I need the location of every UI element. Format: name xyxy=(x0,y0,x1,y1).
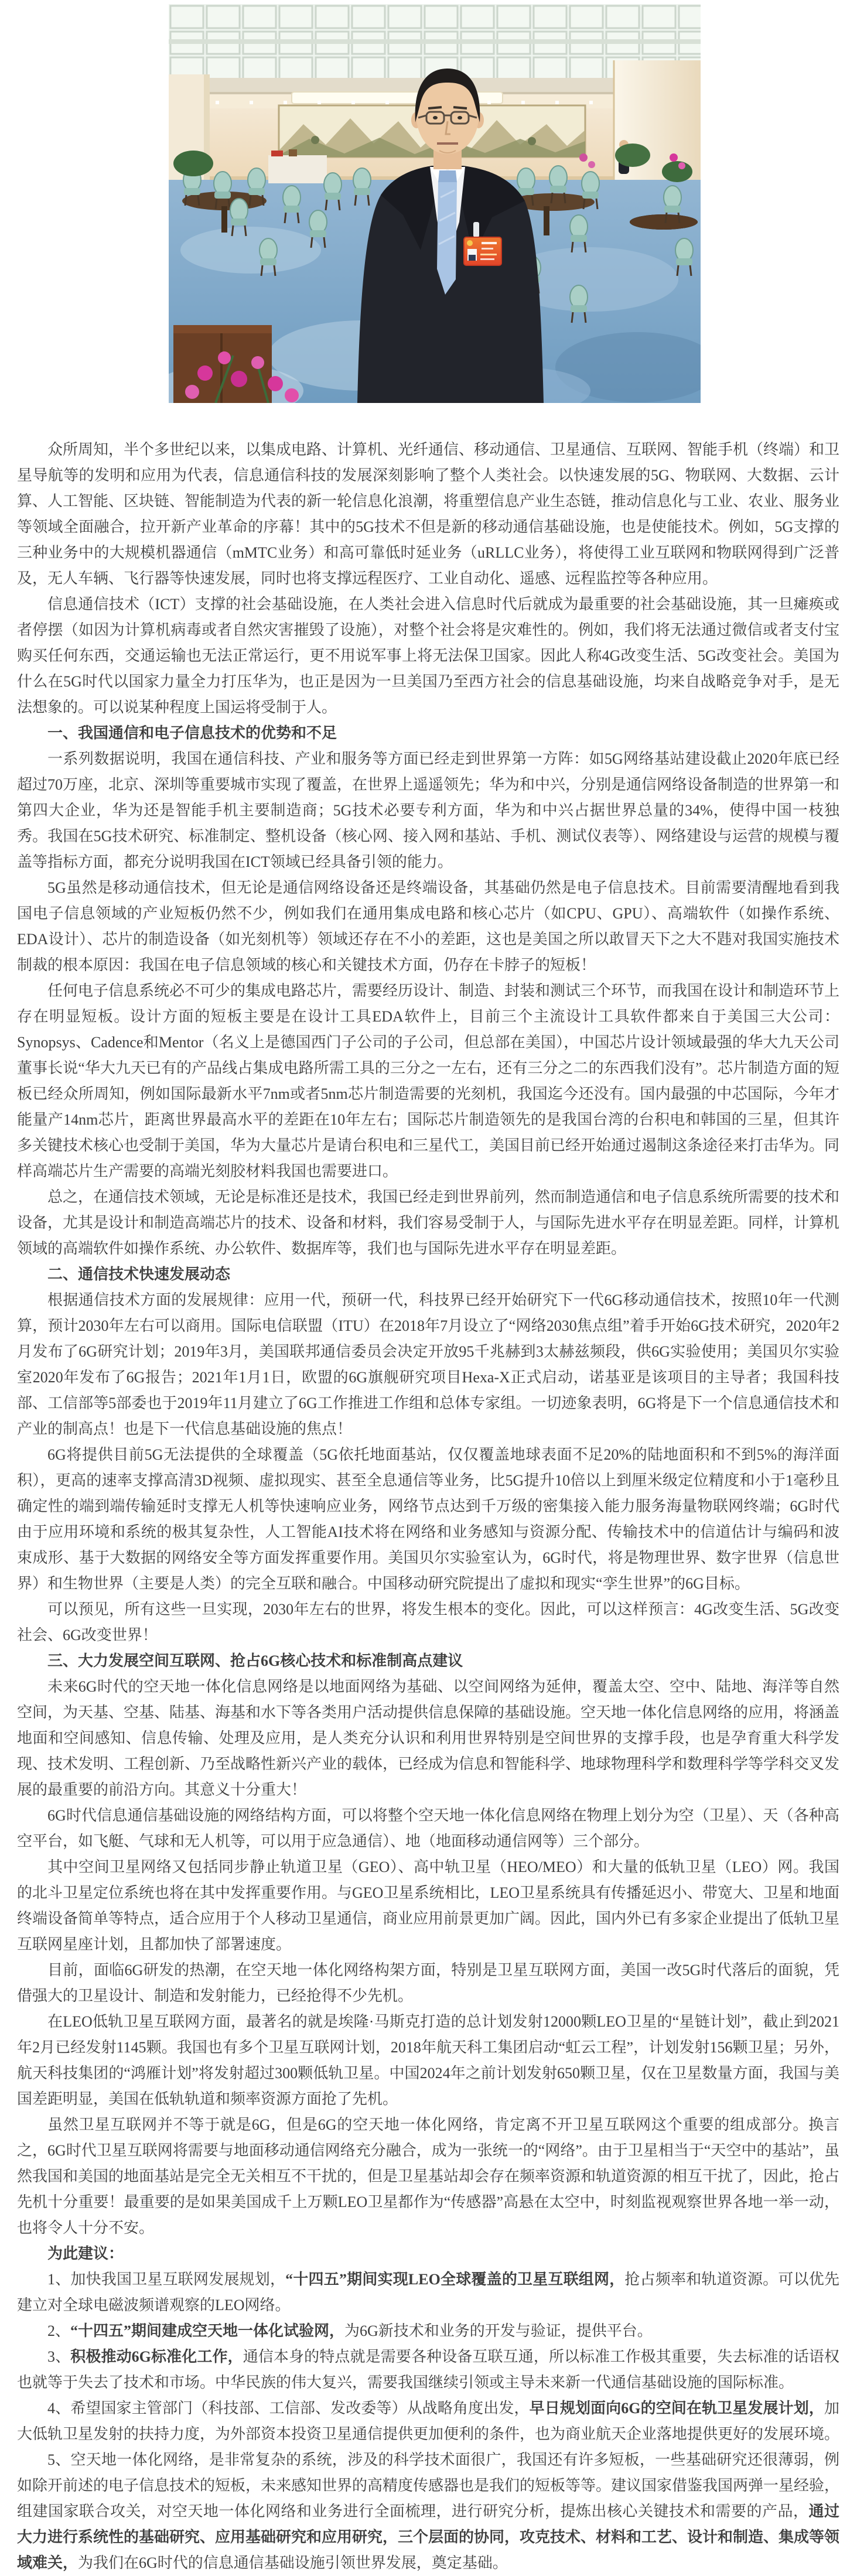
paragraph: 5、空天地一体化网络，是非常复杂的系统，涉及的科学技术面很广，我国还有许多短板，… xyxy=(17,2447,839,2576)
section-heading: 二、通信技术快速发展动态 xyxy=(17,1262,839,1287)
text-run: 5G虽然是移动通信技术，但无论是通信网络设备还是终端设备，其基础仍然是电子信息技… xyxy=(17,879,839,973)
text-run: 目前，面临6G研发的热潮，在空天地一体化网络构架方面，特别是卫星互联网方面，美国… xyxy=(17,1962,839,2004)
text-run: 为6G新技术和业务的开发与验证，提供平台。 xyxy=(344,2322,653,2339)
text-run: 为我们在6G时代的信息通信基础设施引领世界发展，奠定基础。 xyxy=(78,2554,508,2571)
text-run: 根据通信技术方面的发展规律：应用一代，预研一代，科技界已经开始研究下一代6G移动… xyxy=(17,1292,839,1437)
text-run: 未来6G时代的空天地一体化信息网络是以地面网络为基础、以空间网络为延伸，覆盖太空… xyxy=(17,1678,839,1798)
paragraph: 众所周知，半个多世纪以来，以集成电路、计算机、光纤通信、移动通信、卫星通信、互联… xyxy=(17,437,839,592)
paragraph: 一系列数据说明，我国在通信科技、产业和服务等方面已经走到世界第一方阵：如5G网络… xyxy=(17,746,839,875)
tie xyxy=(437,170,457,295)
bold-text-run: “十四五”期间建成空天地一体化试验网， xyxy=(70,2322,344,2339)
text-run: 4、希望国家主管部门（科技部、工信部、发改委等）从战略角度出发， xyxy=(47,2400,530,2417)
text-run: 6G时代信息通信基础设施的网络结构方面，可以将整个空天地一体化信息网络在物理上划… xyxy=(17,1807,839,1850)
paragraph: 虽然卫星互联网并不等于就是6G，但是6G的空天地一体化网络，肯定离不开卫星互联网… xyxy=(17,2112,839,2241)
bold-text-run: 三、大力发展空间互联网、抢占6G核心技术和标准制高点建议 xyxy=(47,1652,463,1669)
text-run: 3、 xyxy=(47,2348,70,2365)
paragraph: 2、“十四五”期间建成空天地一体化试验网，为6G新技术和业务的开发与验证，提供平… xyxy=(17,2318,839,2344)
article-photo xyxy=(169,4,701,403)
text-run: 1、加快我国卫星互联网发展规划， xyxy=(47,2271,285,2288)
text-run: 任何电子信息系统必不可少的集成电路芯片，需要经历设计、制造、封装和测试三个环节，… xyxy=(17,982,839,1180)
paragraph: 3、积极推动6G标准化工作，通信本身的特点就是需要各种设备互联互通，所以标准工作… xyxy=(17,2344,839,2396)
paragraph: 4、希望国家主管部门（科技部、工信部、发改委等）从战略角度出发，早日规划面向6G… xyxy=(17,2396,839,2447)
paragraph: 5G虽然是移动通信技术，但无论是通信网络设备还是终端设备，其基础仍然是电子信息技… xyxy=(17,875,839,978)
paragraph: 6G时代信息通信基础设施的网络结构方面，可以将整个空天地一体化信息网络在物理上划… xyxy=(17,1803,839,1854)
section-heading: 三、大力发展空间互联网、抢占6G核心技术和标准制高点建议 xyxy=(17,1648,839,1674)
text-run: 信息通信技术（ICT）支撑的社会基础设施，在人类社会进入信息时代后就成为最重要的… xyxy=(17,596,839,716)
text-run: 2、 xyxy=(47,2322,70,2339)
paragraph: 信息通信技术（ICT）支撑的社会基础设施，在人类社会进入信息时代后就成为最重要的… xyxy=(17,592,839,720)
paragraph: 6G将提供目前5G无法提供的全球覆盖（5G依托地面基站，仅仅覆盖地球表面不足20… xyxy=(17,1442,839,1597)
text-run: 其中空间卫星网络又包括同步静止轨道卫星（GEO）、高中轨卫星（HEO/MEO）和… xyxy=(17,1858,839,1953)
paragraph: 未来6G时代的空天地一体化信息网络是以地面网络为基础、以空间网络为延伸，覆盖太空… xyxy=(17,1674,839,1803)
text-run: 可以预见，所有这些一旦实现，2030年左右的世界，将发生根本的变化。因此，可以这… xyxy=(17,1601,839,1644)
text-run: 众所周知，半个多世纪以来，以集成电路、计算机、光纤通信、移动通信、卫星通信、互联… xyxy=(17,441,839,587)
paragraph: 根据通信技术方面的发展规律：应用一代，预研一代，科技界已经开始研究下一代6G移动… xyxy=(17,1287,839,1442)
bold-text-run: 二、通信技术快速发展动态 xyxy=(47,1266,230,1283)
text-run: 虽然卫星互联网并不等于就是6G，但是6G的空天地一体化网络，肯定离不开卫星互联网… xyxy=(17,2116,839,2236)
bold-text-run: 积极推动6G标准化工作， xyxy=(70,2348,243,2365)
text-run: 总之，在通信技术领域，无论是标准还是技术，我国已经走到世界前列，然而制造通信和电… xyxy=(17,1188,839,1257)
bold-text-run: “十四五”期间实现LEO全球覆盖的卫星互联组网， xyxy=(285,2271,624,2288)
bold-text-run: 早日规划面向6G的空间在轨卫星发展计划， xyxy=(530,2400,824,2417)
bold-text-run: 为此建议： xyxy=(47,2245,124,2262)
paragraph: 1、加快我国卫星互联网发展规划，“十四五”期间实现LEO全球覆盖的卫星互联组网，… xyxy=(17,2267,839,2318)
article-body: 众所周知，半个多世纪以来，以集成电路、计算机、光纤通信、移动通信、卫星通信、互联… xyxy=(17,437,839,2576)
paragraph: 其中空间卫星网络又包括同步静止轨道卫星（GEO）、高中轨卫星（HEO/MEO）和… xyxy=(17,1854,839,1957)
paragraph: 任何电子信息系统必不可少的集成电路芯片，需要经历设计、制造、封装和测试三个环节，… xyxy=(17,978,839,1184)
section-heading: 一、我国通信和电子信息技术的优势和不足 xyxy=(17,720,839,746)
text-run: 在LEO低轨卫星互联网方面，最著名的就是埃隆·马斯克打造的总计划发射12000颗… xyxy=(17,2013,839,2107)
paragraph: 可以预见，所有这些一旦实现，2030年左右的世界，将发生根本的变化。因此，可以这… xyxy=(17,1597,839,1648)
text-run: 一系列数据说明，我国在通信科技、产业和服务等方面已经走到世界第一方阵：如5G网络… xyxy=(17,750,839,870)
section-heading: 为此建议： xyxy=(17,2241,839,2267)
text-run: 5、空天地一体化网络，是非常复杂的系统，涉及的科学技术面很广，我国还有许多短板，… xyxy=(17,2451,839,2520)
paragraph: 目前，面临6G研发的热潮，在空天地一体化网络构架方面，特别是卫星互联网方面，美国… xyxy=(17,1957,839,2009)
banquet-hall-photo xyxy=(169,4,701,403)
paragraph: 总之，在通信技术领域，无论是标准还是技术，我国已经走到世界前列，然而制造通信和电… xyxy=(17,1184,839,1262)
paragraph: 在LEO低轨卫星互联网方面，最著名的就是埃隆·马斯克打造的总计划发射12000颗… xyxy=(17,2009,839,2112)
text-run: 6G将提供目前5G无法提供的全球覆盖（5G依托地面基站，仅仅覆盖地球表面不足20… xyxy=(17,1446,839,1592)
bold-text-run: 一、我国通信和电子信息技术的优势和不足 xyxy=(47,725,337,742)
